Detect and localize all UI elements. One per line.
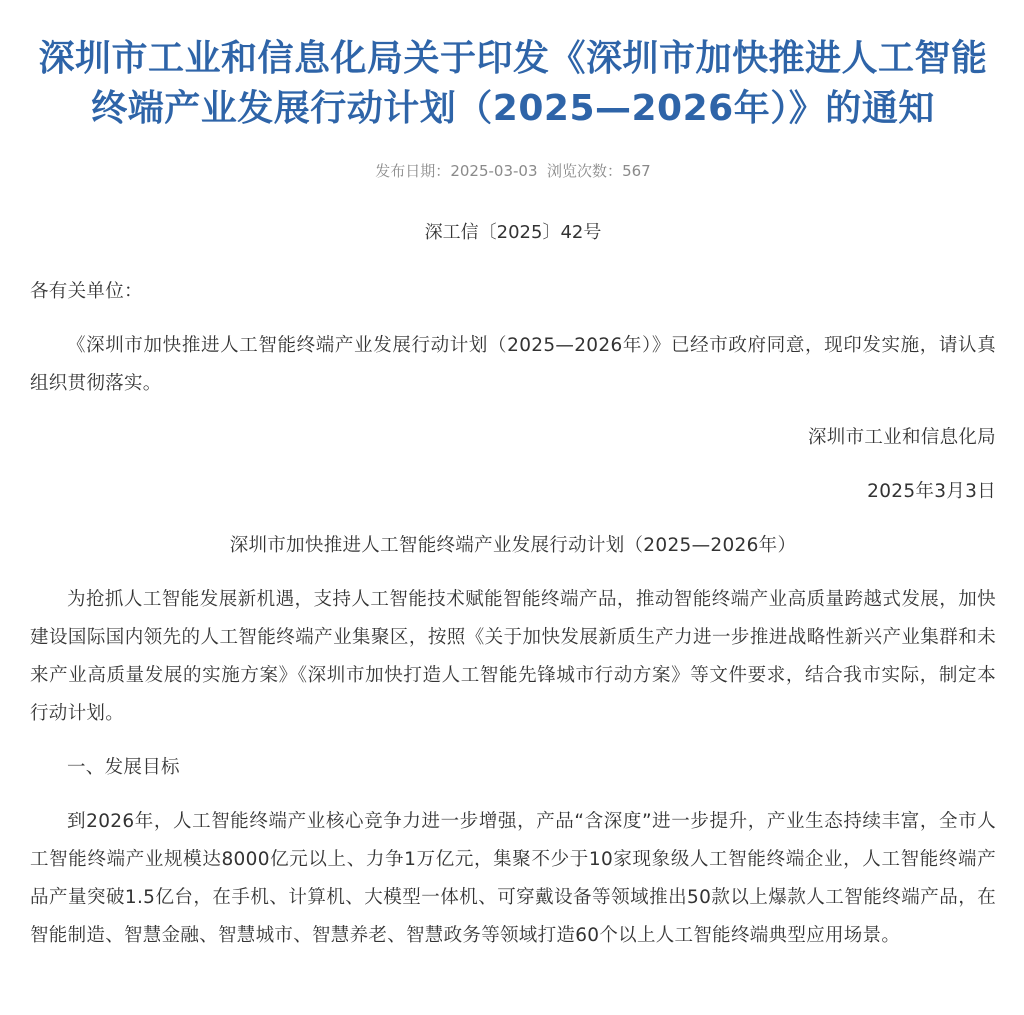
plan-title: 深圳市加快推进人工智能终端产业发展行动计划（2025—2026年） <box>30 527 996 565</box>
notice-body: 《深圳市加快推进人工智能终端产业发展行动计划（2025—2026年）》已经市政府… <box>30 327 996 403</box>
salutation: 各有关单位： <box>30 273 996 311</box>
article-meta: 发布日期：2025-03-03 浏览次数：567 <box>30 161 996 181</box>
publish-date: 2025-03-03 <box>450 162 537 180</box>
view-count: 567 <box>622 162 651 180</box>
article-page: 深圳市工业和信息化局关于印发《深圳市加快推进人工智能终端产业发展行动计划（202… <box>0 0 1024 955</box>
section-heading-development-goals: 一、发展目标 <box>30 749 996 787</box>
publish-date-label: 发布日期： <box>375 162 450 180</box>
section-body-development-goals: 到2026年，人工智能终端产业核心竞争力进一步增强，产品“含深度”进一步提升，产… <box>30 803 996 955</box>
view-count-label: 浏览次数： <box>547 162 622 180</box>
article-title: 深圳市工业和信息化局关于印发《深圳市加快推进人工智能终端产业发展行动计划（202… <box>30 0 996 134</box>
signature-organization: 深圳市工业和信息化局 <box>30 419 996 457</box>
document-number: 深工信〔2025〕42号 <box>30 221 996 245</box>
intro-paragraph: 为抢抓人工智能发展新机遇，支持人工智能技术赋能智能终端产品，推动智能终端产业高质… <box>30 581 996 733</box>
signature-date: 2025年3月3日 <box>30 473 996 511</box>
